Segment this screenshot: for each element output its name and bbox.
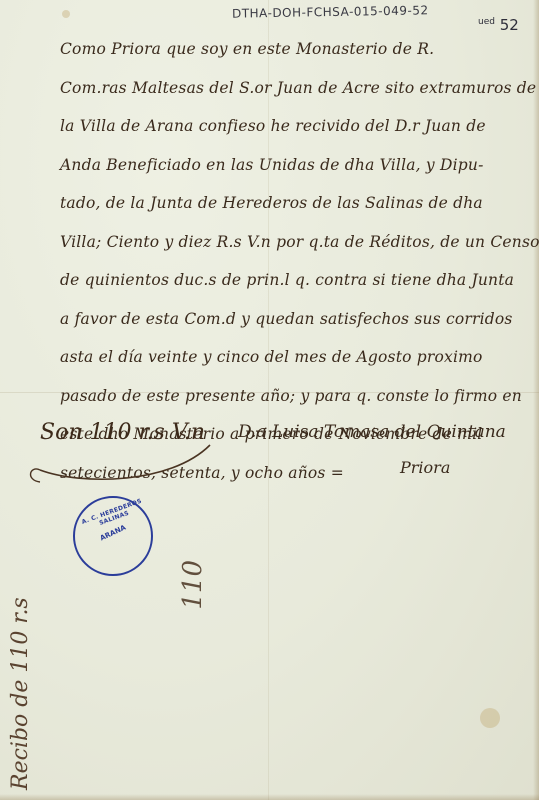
signature-name: D.a Luisa Tomasa del Quintana — [238, 422, 506, 442]
document-page: DTHA-DOH-FCHSA-015-049-52 ued 52 Como Pr… — [0, 0, 539, 800]
body-line: tado, de la Junta de Herederos de las Sa… — [60, 184, 530, 223]
paper-edge-right — [533, 0, 539, 800]
paper-stain — [62, 10, 70, 18]
archive-reference: DTHA-DOH-FCHSA-015-049-52 — [232, 3, 429, 20]
folio-prefix: ued — [478, 17, 495, 27]
signature-title: Priora — [400, 458, 450, 477]
body-line: a favor de esta Com.d y quedan satisfech… — [60, 300, 530, 339]
flourish-icon — [20, 440, 220, 490]
body-line: pasado de este presente año; y para q. c… — [60, 377, 530, 416]
body-line: Com.ras Maltesas del S.or Juan de Acre s… — [60, 69, 530, 108]
paper-edge-bottom — [0, 794, 539, 800]
margin-note-center: 110 — [178, 560, 208, 610]
body-line: asta el día veinte y cinco del mes de Ag… — [60, 338, 530, 377]
margin-note-vertical: Recibo de 110 r.s — [8, 500, 33, 790]
body-line: Villa; Ciento y diez R.s V.n por q.ta de… — [60, 223, 530, 262]
body-line: Como Priora que soy en este Monasterio d… — [60, 30, 530, 69]
archive-stamp: A. C. HEREDEROS SALINAS ARANA — [73, 496, 153, 576]
body-line: la Villa de Arana confieso he recivido d… — [60, 107, 530, 146]
body-line: de quinientos duc.s de prin.l q. contra … — [60, 261, 530, 300]
body-line: Anda Beneficiado en las Unidas de dha Vi… — [60, 146, 530, 185]
paper-stain — [480, 708, 500, 728]
